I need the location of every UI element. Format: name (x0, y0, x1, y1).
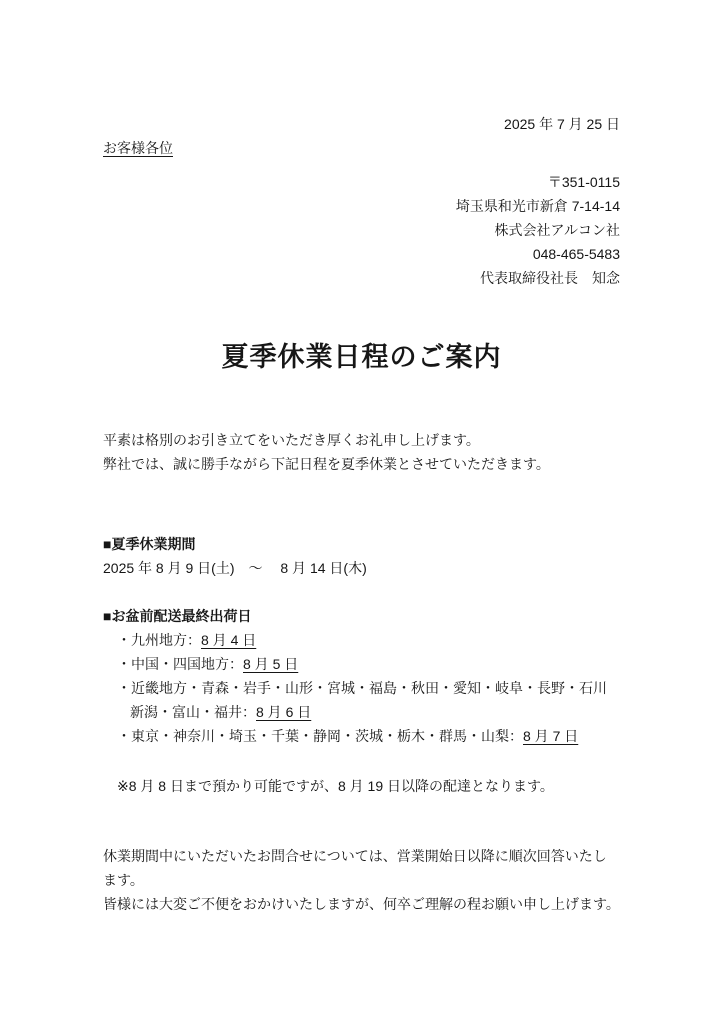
document-page: 2025 年 7 月 25 日 お客様各位 〒351-0115 埼玉県和光市新倉… (0, 0, 724, 1024)
greeting-line-1: 平素は格別のお引き立てをいただき厚くお礼申し上げます。 (103, 428, 620, 452)
recipient: お客様各位 (103, 140, 173, 156)
sender-block: 〒351-0115 埼玉県和光市新倉 7-14-14 株式会社アルコン社 048… (103, 170, 620, 290)
closing-paragraph: 休業期間中にいただいたお問合せについては、営業開始日以降に順次回答いたします。 … (103, 844, 620, 916)
sender-phone: 048-465-5483 (103, 242, 620, 266)
closing-line-2: 皆様には大変ご不便をおかけいたしますが、何卒ご理解の程お願い申し上げます。 (103, 892, 620, 916)
shipping-item-kinki-tohoku-line2: 新潟・富山・福井：8 月 6 日 (117, 700, 620, 724)
shipping-item-date: 8 月 7 日 (523, 728, 578, 744)
shipping-item-date: 8 月 5 日 (243, 656, 298, 672)
shipping-item-chugoku-shikoku: ・中国・四国地方：8 月 5 日 (117, 652, 620, 676)
sender-postal-code: 〒351-0115 (103, 170, 620, 194)
sender-company: 株式会社アルコン社 (103, 218, 620, 242)
sender-representative: 代表取締役社長 知念 (103, 266, 620, 290)
shipping-items: ・九州地方：8 月 4 日 ・中国・四国地方：8 月 5 日 ・近畿地方・青森・… (117, 628, 620, 748)
shipping-item-regions: ・九州地方： (117, 632, 201, 648)
holiday-period: 2025 年 8 月 9 日(土) ～ 8 月 14 日(木) (103, 556, 620, 580)
recipient-line: お客様各位 (103, 136, 620, 160)
shipping-note: ※8 月 8 日まで預かり可能ですが、8 月 19 日以降の配達となります。 (117, 774, 620, 798)
shipping-item-kinki-tohoku-line1: ・近畿地方・青森・岩手・山形・宮城・福島・秋田・愛知・岐阜・長野・石川 (117, 676, 620, 700)
shipping-item-regions: 新潟・富山・福井： (130, 704, 256, 720)
page-title: 夏季休業日程のご案内 (103, 336, 620, 378)
shipping-item-date: 8 月 6 日 (256, 704, 311, 720)
shipping-item-date: 8 月 4 日 (201, 632, 256, 648)
document-content: 2025 年 7 月 25 日 お客様各位 〒351-0115 埼玉県和光市新倉… (0, 0, 724, 916)
shipping-item-regions: ・中国・四国地方： (117, 656, 243, 672)
greeting-paragraph: 平素は格別のお引き立てをいただき厚くお礼申し上げます。 弊社では、誠に勝手ながら… (103, 428, 620, 476)
shipping-section: ■お盆前配送最終出荷日 ・九州地方：8 月 4 日 ・中国・四国地方：8 月 5… (103, 604, 620, 798)
holiday-section-heading: ■夏季休業期間 (103, 532, 620, 556)
shipping-item-regions: ・東京・神奈川・埼玉・千葉・静岡・茨城・栃木・群馬・山梨： (117, 728, 523, 744)
closing-line-1: 休業期間中にいただいたお問合せについては、営業開始日以降に順次回答いたします。 (103, 844, 620, 892)
sender-address: 埼玉県和光市新倉 7-14-14 (103, 194, 620, 218)
shipping-item-regions: ・近畿地方・青森・岩手・山形・宮城・福島・秋田・愛知・岐阜・長野・石川 (117, 680, 607, 696)
greeting-line-2: 弊社では、誠に勝手ながら下記日程を夏季休業とさせていただきます。 (103, 452, 620, 476)
shipping-item-kyushu: ・九州地方：8 月 4 日 (117, 628, 620, 652)
holiday-section: ■夏季休業期間 2025 年 8 月 9 日(土) ～ 8 月 14 日(木) (103, 532, 620, 580)
shipping-section-heading: ■お盆前配送最終出荷日 (103, 604, 620, 628)
document-date: 2025 年 7 月 25 日 (103, 112, 620, 136)
shipping-item-kanto: ・東京・神奈川・埼玉・千葉・静岡・茨城・栃木・群馬・山梨：8 月 7 日 (117, 724, 620, 748)
